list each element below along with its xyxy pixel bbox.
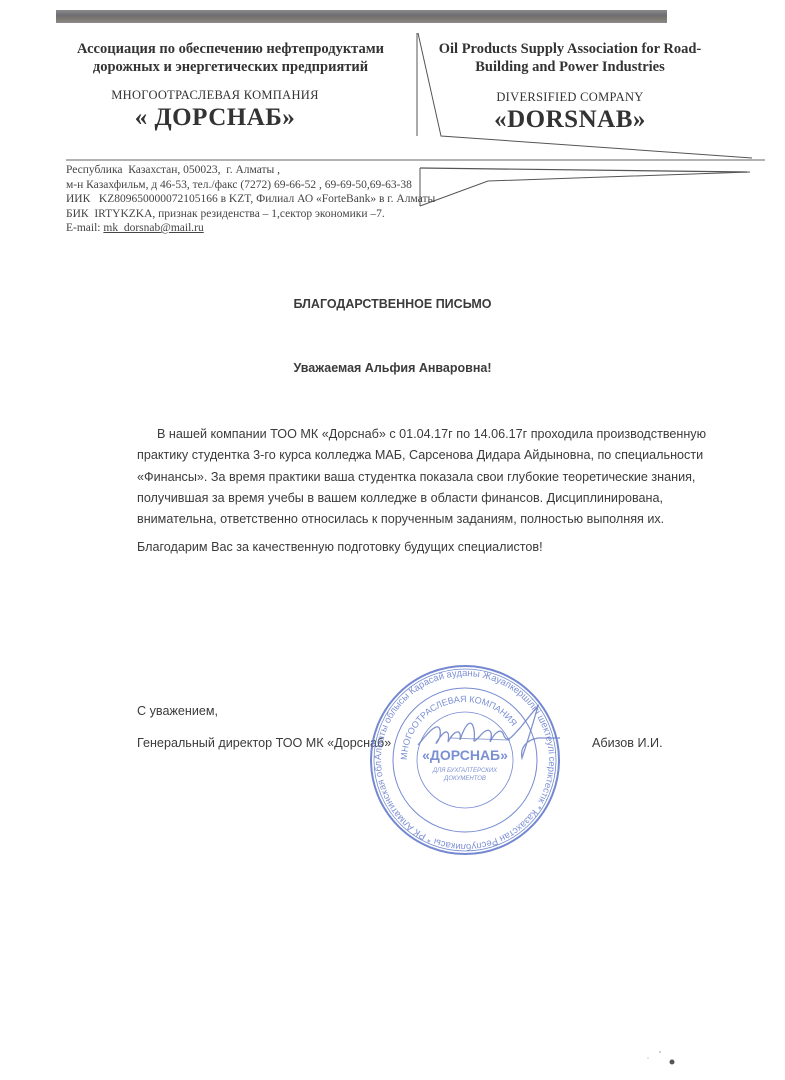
paragraph-line: «Финансы». За время практики ваша студен… [137,467,757,488]
paragraph-line: получившая за время учебы в вашем коллед… [137,488,757,509]
association-line-1: Oil Products Supply Association for Road… [425,40,715,58]
bank-account-line: ИИК KZ8096500000721051­66 в KZT, Филиал … [66,192,435,207]
letter-greeting: Уважаемая Альфия Анваровна! [0,361,785,375]
company-type-ru: МНОГООТРАСЛЕВАЯ КОМПАНИЯ [60,88,370,103]
association-name-ru: Ассоциация по обеспечению нефтепродуктам… [58,40,403,76]
letter-title: БЛАГОДАРСТВЕННОЕ ПИСЬМО [0,297,785,311]
paragraph-line: В нашей компании ТОО МК «Дорснаб» с 01.0… [137,424,757,445]
paragraph-line: внимательна, ответственно относилась к п… [137,509,757,530]
letter-paragraph: В нашей компании ТОО МК «Дорснаб» с 01.0… [137,424,757,530]
closing-regards: С уважением, [137,704,218,718]
signer-name: Абизов И.И. [592,736,663,750]
address-line: Республика Казахстан, 050023, г. Алматы … [66,163,435,178]
signer-title: Генеральный директор ТОО МК «Дорснаб» [137,736,391,750]
address-line: м-н Казахфильм, д 46-53, тел./факс (7272… [66,178,435,193]
company-type-en: DIVERSIFIED COMPANY [455,90,685,105]
company-name-ru: « ДОРСНАБ» [60,104,370,132]
company-name-en: «DORSNAB» [455,106,685,134]
bank-code-line: БИК IRTYKZKA, признак резиденства – 1,се… [66,207,435,222]
email-label: E-mail: [66,222,103,234]
stamp-sub-text-2: ДОКУМЕНТОВ [443,776,486,782]
scan-artifact-specks [640,1040,680,1070]
association-line-1: Ассоциация по обеспечению нефтепродуктам… [58,40,403,58]
association-name-en: Oil Products Supply Association for Road… [425,40,715,76]
email-line: E-mail: mk_dorsnab@mail.ru [66,221,435,236]
email-link[interactable]: mk_dorsnab@mail.ru [103,222,203,234]
association-line-2: Building and Power Industries [425,58,715,76]
company-address-block: Республика Казахстан, 050023, г. Алматы … [66,163,435,236]
signature-icon [410,700,560,770]
paragraph-line: практику студентка 3-го курса колледжа М… [137,445,757,466]
thanks-sentence: Благодарим Вас за качественную подготовк… [137,540,543,554]
association-line-2: дорожных и энергетических предприятий [58,58,403,76]
